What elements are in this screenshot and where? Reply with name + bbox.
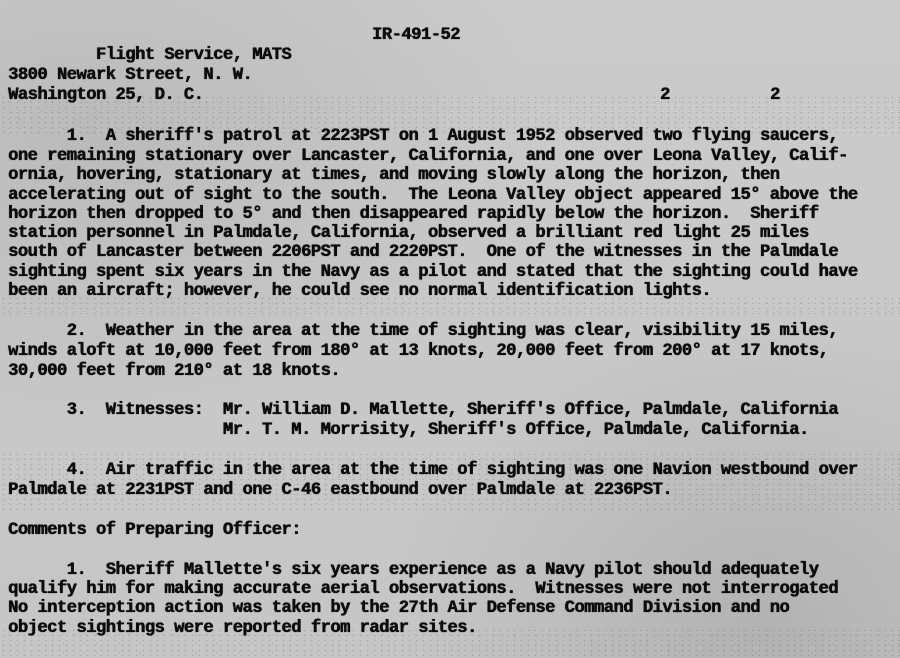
paragraph-line: one remaining stationary over Lancaster,…: [8, 147, 848, 167]
paragraph-line: horizon then dropped to 5° and then disa…: [8, 205, 818, 225]
paragraph-line: south of Lancaster between 2206PST and 2…: [8, 243, 838, 263]
paragraph-line: 2. Weather in the area at the time of si…: [8, 322, 838, 342]
paragraph-line: accelerating out of sight to the south. …: [8, 186, 858, 206]
paragraph-line: station personnel in Palmdale, Californi…: [8, 224, 809, 244]
paragraph-line: winds aloft at 10,000 feet from 180° at …: [8, 342, 828, 362]
paragraph-line: been an aircraft; however, he could see …: [8, 282, 711, 302]
address-line-2: 3800 Newark Street, N. W.: [8, 66, 252, 86]
paragraph-line: 1. A sheriff's patrol at 2223PST on 1 Au…: [8, 127, 838, 147]
paragraph-line: 1. Sheriff Mallette's six years experien…: [8, 561, 818, 581]
paragraph-line: object sightings were reported from rada…: [8, 619, 477, 639]
address-line-1: Flight Service, MATS: [8, 46, 291, 66]
page-mark: 2: [660, 86, 670, 106]
paragraph-line: Palmdale at 2231PST and one C-46 eastbou…: [8, 481, 672, 501]
paragraph-line: ornia, hovering, stationary at times, an…: [8, 166, 779, 186]
scanned-document-page: IR-491-52 Flight Service, MATS 3800 Newa…: [0, 0, 900, 658]
address-line-3: Washington 25, D. C.: [8, 86, 203, 106]
paragraph-line: qualify him for making accurate aerial o…: [8, 580, 838, 600]
paragraph-line: 3. Witnesses: Mr. William D. Mallette, S…: [8, 401, 838, 421]
report-id: IR-491-52: [372, 26, 460, 46]
paragraph-line: No interception action was taken by the …: [8, 599, 789, 619]
paragraph-line: 30,000 feet from 210° at 18 knots.: [8, 362, 340, 382]
paragraph-line: sighting spent six years in the Navy as …: [8, 263, 858, 283]
paragraph-line: Mr. T. M. Morrisity, Sheriff's Office, P…: [8, 421, 809, 441]
paragraph-line: 4. Air traffic in the area at the time o…: [8, 461, 858, 481]
page-mark: 2: [770, 86, 780, 106]
comments-heading: Comments of Preparing Officer:: [8, 521, 301, 541]
